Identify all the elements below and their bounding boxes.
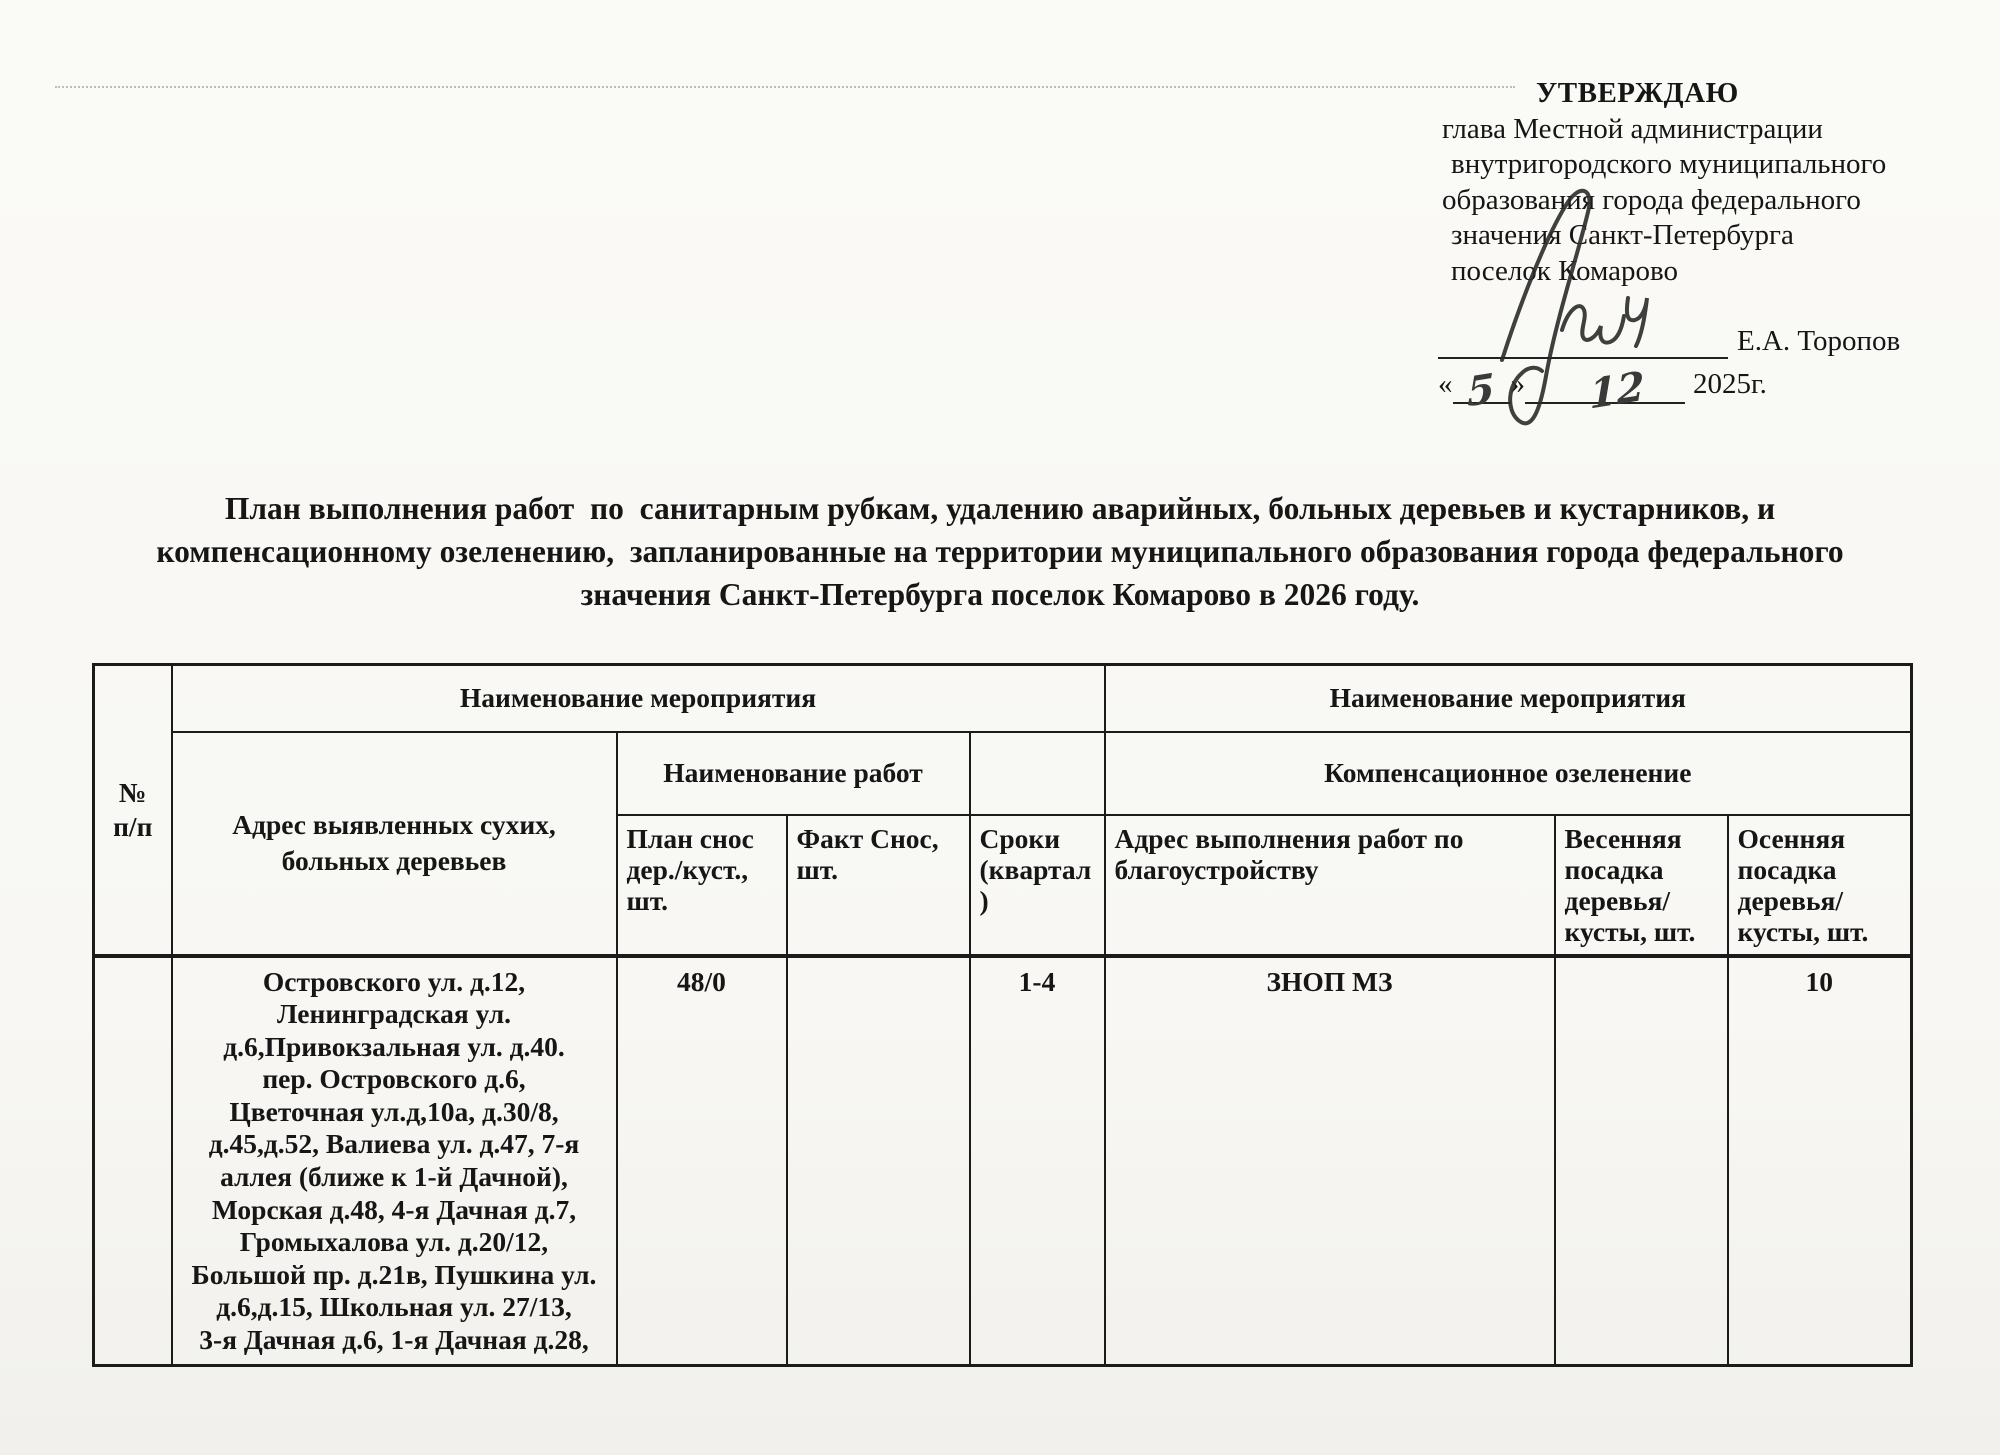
date-month-blank: 12: [1525, 368, 1685, 404]
col-header-num: № п/п: [94, 665, 172, 956]
col-header-compensation-group: Компенсационное озеленение: [1105, 732, 1912, 815]
col-header-terms: Сроки (квартал): [970, 815, 1105, 956]
col-header-event-right: Наименование мероприятия: [1105, 665, 1912, 732]
cell-plan-demolition: 48/0: [617, 956, 787, 1366]
col-header-works-group: Наименование работ: [617, 732, 970, 815]
document-title: План выполнения работ по санитарным рубк…: [100, 487, 1900, 616]
approval-stamp: УТВЕРЖДАЮ: [1438, 76, 1983, 112]
date-day-blank: 5: [1453, 368, 1511, 404]
quote-close: »: [1511, 367, 1526, 405]
signature-row: Е.А. Торопов: [1438, 325, 1983, 359]
col-header-empty: [970, 732, 1105, 815]
cell-improvement-address: ЗНОП МЗ: [1105, 956, 1555, 1366]
col-header-event-left: Наименование мероприятия: [172, 665, 1105, 732]
col-header-spring-planting: Весенняя посадка деревья/кусты, шт.: [1555, 815, 1728, 956]
table-row: Островского ул. д.12, Ленинградская ул. …: [94, 956, 1912, 1366]
date-year: 2025г.: [1693, 367, 1767, 405]
col-header-address-found: Адрес выявленных сухих, больных деревьев: [172, 732, 617, 956]
signee-name: Е.А. Торопов: [1737, 324, 1900, 360]
approval-line: значения Санкт-Петербурга: [1438, 218, 1983, 254]
approval-block: УТВЕРЖДАЮ глава Местной администрации вн…: [1438, 76, 1983, 404]
cell-terms: 1-4: [970, 956, 1105, 1366]
col-header-improvement-address: Адрес выполнения работ по благоустройств…: [1105, 815, 1555, 956]
cell-fact-demolition: [787, 956, 970, 1366]
quote-open: «: [1438, 367, 1453, 405]
cell-spring-planting: [1555, 956, 1728, 1366]
approval-line: глава Местной администрации: [1438, 112, 1983, 148]
plan-table: № п/п Наименование мероприятия Наименова…: [92, 663, 1913, 1367]
approval-line: поселок Комарово: [1438, 254, 1983, 290]
approval-line: образования города федерального: [1438, 183, 1983, 219]
approval-date: « 5 » 12 2025г.: [1438, 364, 1983, 404]
handwritten-month: 12: [1589, 368, 1645, 413]
signature-line: [1438, 327, 1728, 359]
approval-line: внутригородского муниципального: [1438, 147, 1983, 183]
cell-num: [94, 956, 172, 1366]
scan-artifact-line: [55, 86, 1515, 88]
col-header-fact-demolition: Факт Снос, шт.: [787, 815, 970, 956]
col-header-plan-demolition: План снос дер./куст., шт.: [617, 815, 787, 956]
cell-autumn-planting: 10: [1728, 956, 1912, 1366]
col-header-autumn-planting: Осенняя посадка деревья/кусты, шт.: [1728, 815, 1912, 956]
document-page: УТВЕРЖДАЮ глава Местной администрации вн…: [0, 0, 2000, 1455]
handwritten-day: 5: [1466, 370, 1494, 410]
cell-address-found: Островского ул. д.12, Ленинградская ул. …: [172, 956, 617, 1366]
